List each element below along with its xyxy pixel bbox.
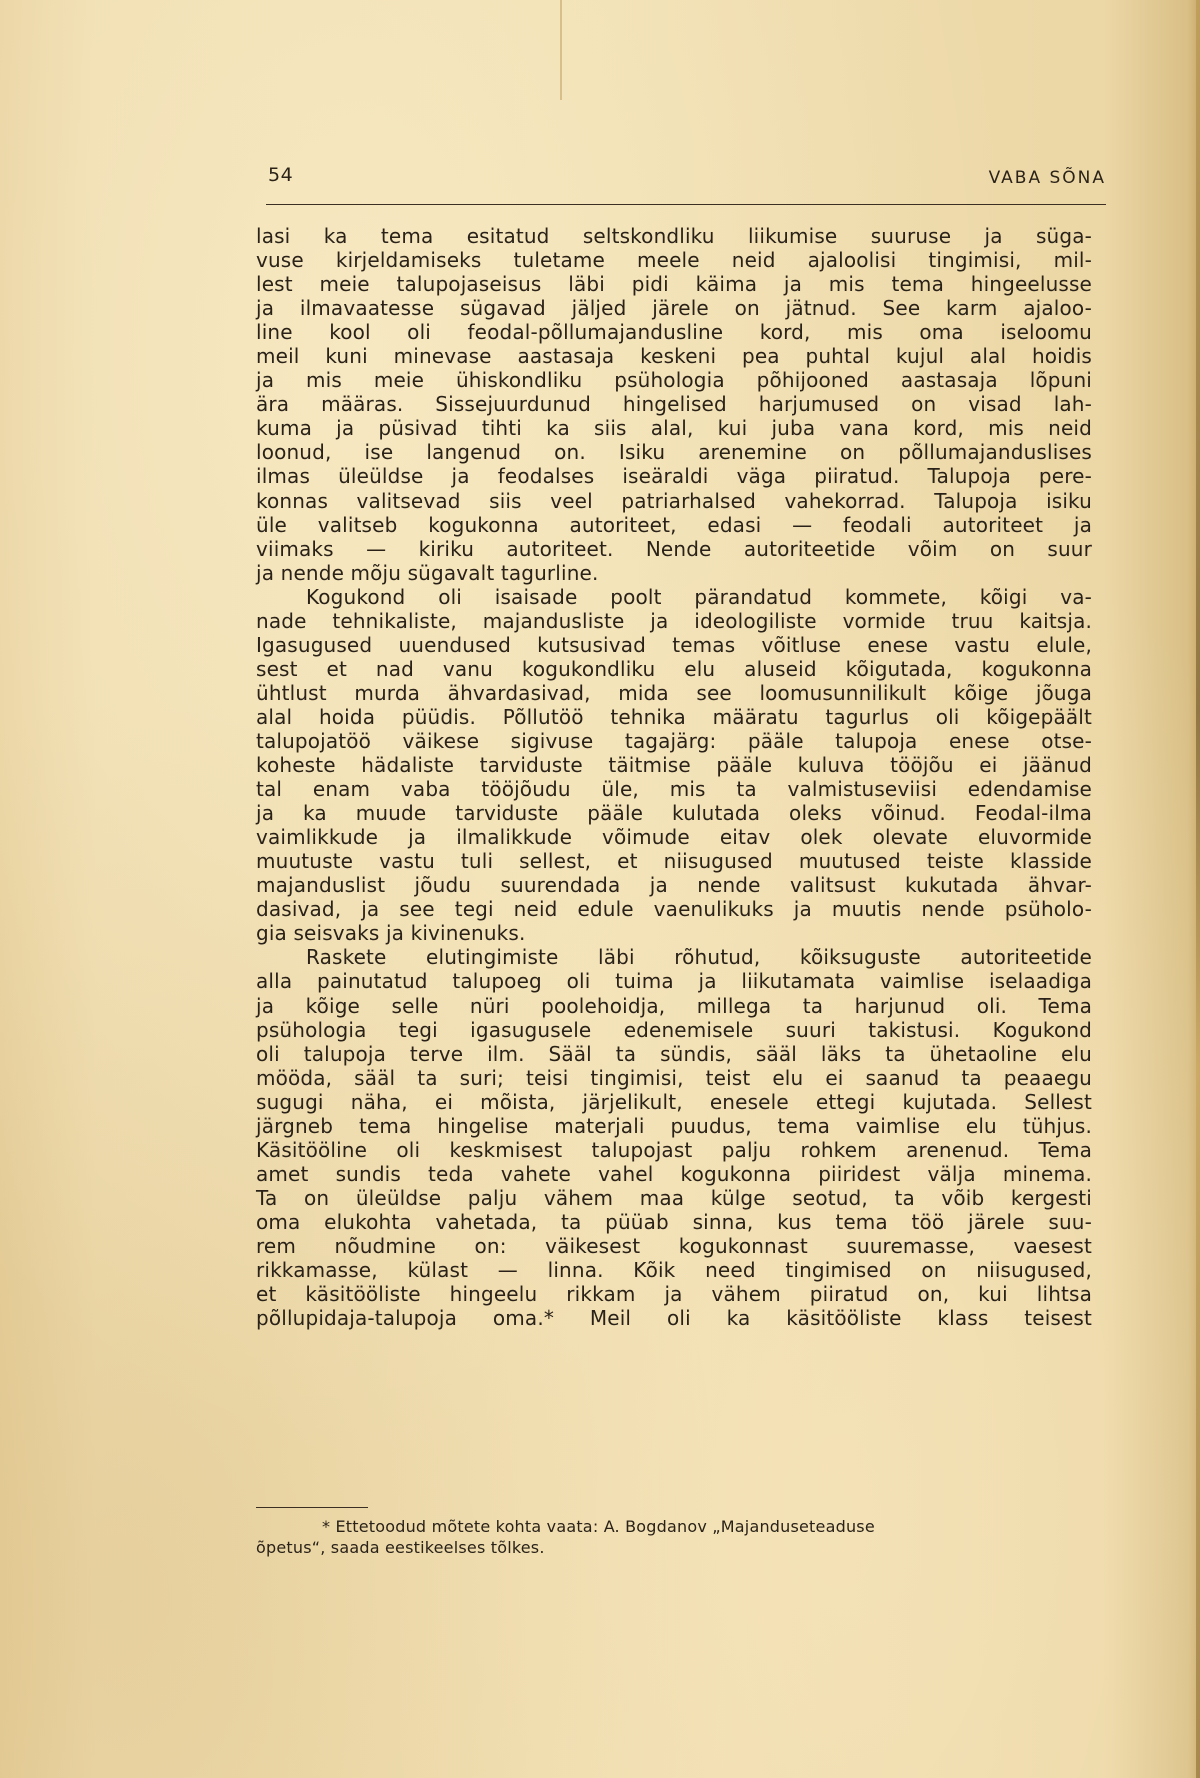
text-line: ära määras. Sissejuurdunud hingelised ha…	[256, 392, 1092, 416]
text-line: vaimlikkude ja ilmalikkude võimude eitav…	[256, 825, 1092, 849]
text-line: ja kõige selle nüri poolehoidja, millega…	[256, 994, 1092, 1018]
footnote: * Ettetoodud mõtete kohta vaata: A. Bogd…	[256, 1516, 1076, 1558]
text-line: konnas valitsevad siis veel patriarhalse…	[256, 489, 1092, 513]
text-line: oma elukohta vahetada, ta püüab sinna, k…	[256, 1210, 1092, 1234]
footnote-line: * Ettetoodud mõtete kohta vaata: A. Bogd…	[256, 1516, 1076, 1537]
text-line: ja ka muude tarviduste pääle kulutada ol…	[256, 801, 1092, 825]
text-line: et käsitööliste hingeelu rikkam ja vähem…	[256, 1282, 1092, 1306]
text-line: mööda, sääl ta suri; teisi tingimisi, te…	[256, 1066, 1092, 1090]
text-line: Kogukond oli isaisade poolt pärandatud k…	[256, 585, 1092, 609]
text-line: üle valitseb kogukonna autoriteet, edasi…	[256, 513, 1092, 537]
text-line: Igasugused uuendused kutsusivad temas võ…	[256, 633, 1092, 657]
text-line: lest meie talupojaseisus läbi pidi käima…	[256, 272, 1092, 296]
text-line: sest et nad vanu kogukondliku elu alusei…	[256, 657, 1092, 681]
text-line: sugugi näha, ei mõista, järjelikult, ene…	[256, 1090, 1092, 1114]
text-line: ja nende mõju sügavalt tagurline.	[256, 561, 1092, 585]
text-line: kuma ja püsivad tihti ka siis alal, kui …	[256, 416, 1092, 440]
running-title: VABA SÕNA	[989, 168, 1106, 188]
text-line: vuse kirjeldamiseks tuletame meele neid …	[256, 248, 1092, 272]
footnote-rule	[256, 1507, 368, 1508]
text-line: alal hoida püüdis. Põllutöö tehnika määr…	[256, 705, 1092, 729]
text-line: psühologia tegi igasugusele edenemisele …	[256, 1018, 1092, 1042]
text-line: loonud, ise langenud on. Isiku arenemine…	[256, 440, 1092, 464]
text-line: Käsitööline oli keskmisest talupojast pa…	[256, 1138, 1092, 1162]
text-line: viimaks — kiriku autoriteet. Nende autor…	[256, 537, 1092, 561]
text-line: meil kuni minevase aastasaja keskeni pea…	[256, 344, 1092, 368]
paper-crease	[560, 0, 562, 100]
text-line: line kool oli feodal-põllumajandusline k…	[256, 320, 1092, 344]
body-text: lasi ka tema esitatud seltskondliku liik…	[256, 224, 1092, 1330]
text-line: alla painutatud talupoeg oli tuima ja li…	[256, 969, 1092, 993]
footnote-line: õpetus“, saada eestikeelses tõlkes.	[256, 1537, 1076, 1558]
header-rule	[266, 204, 1106, 205]
text-line: ja mis meie ühiskondliku psühologia põhi…	[256, 368, 1092, 392]
text-line: järgneb tema hingelise materjali puudus,…	[256, 1114, 1092, 1138]
page-edge	[1196, 0, 1200, 1778]
text-line: ja ilmavaatesse sügavad jäljed järele on…	[256, 296, 1092, 320]
text-line: ühtlust murda ähvardasivad, mida see loo…	[256, 681, 1092, 705]
text-line: ilmas üleüldse ja feodalses iseäraldi vä…	[256, 464, 1092, 488]
text-line: rikkamasse, külast — linna. Kõik need ti…	[256, 1258, 1092, 1282]
text-line: dasivad, ja see tegi neid edule vaenulik…	[256, 897, 1092, 921]
text-line: oli talupoja terve ilm. Sääl ta sündis, …	[256, 1042, 1092, 1066]
text-line: tal enam vaba tööjõudu üle, mis ta valmi…	[256, 777, 1092, 801]
text-line: gia seisvaks ja kivinenuks.	[256, 921, 1092, 945]
text-line: talupojatöö väikese sigivuse tagajärg: p…	[256, 729, 1092, 753]
page-number: 54	[268, 164, 293, 186]
scanned-book-page: 54 VABA SÕNA lasi ka tema esitatud selts…	[0, 0, 1200, 1778]
text-line: Raskete elutingimiste läbi rõhutud, kõik…	[256, 945, 1092, 969]
text-line: lasi ka tema esitatud seltskondliku liik…	[256, 224, 1092, 248]
text-line: amet sundis teda vahete vahel kogukonna …	[256, 1162, 1092, 1186]
text-line: rem nõudmine on: väikesest kogukonnast s…	[256, 1234, 1092, 1258]
text-line: majanduslist jõudu suurendada ja nende v…	[256, 873, 1092, 897]
text-line: nade tehnikaliste, majandusliste ja ideo…	[256, 609, 1092, 633]
text-line: põllupidaja-talupoja oma.* Meil oli ka k…	[256, 1306, 1092, 1330]
page-header: 54 VABA SÕNA	[266, 158, 1106, 198]
text-line: Ta on üleüldse palju vähem maa külge seo…	[256, 1186, 1092, 1210]
text-line: muutuste vastu tuli sellest, et niisugus…	[256, 849, 1092, 873]
text-line: koheste hädaliste tarviduste täitmise pä…	[256, 753, 1092, 777]
